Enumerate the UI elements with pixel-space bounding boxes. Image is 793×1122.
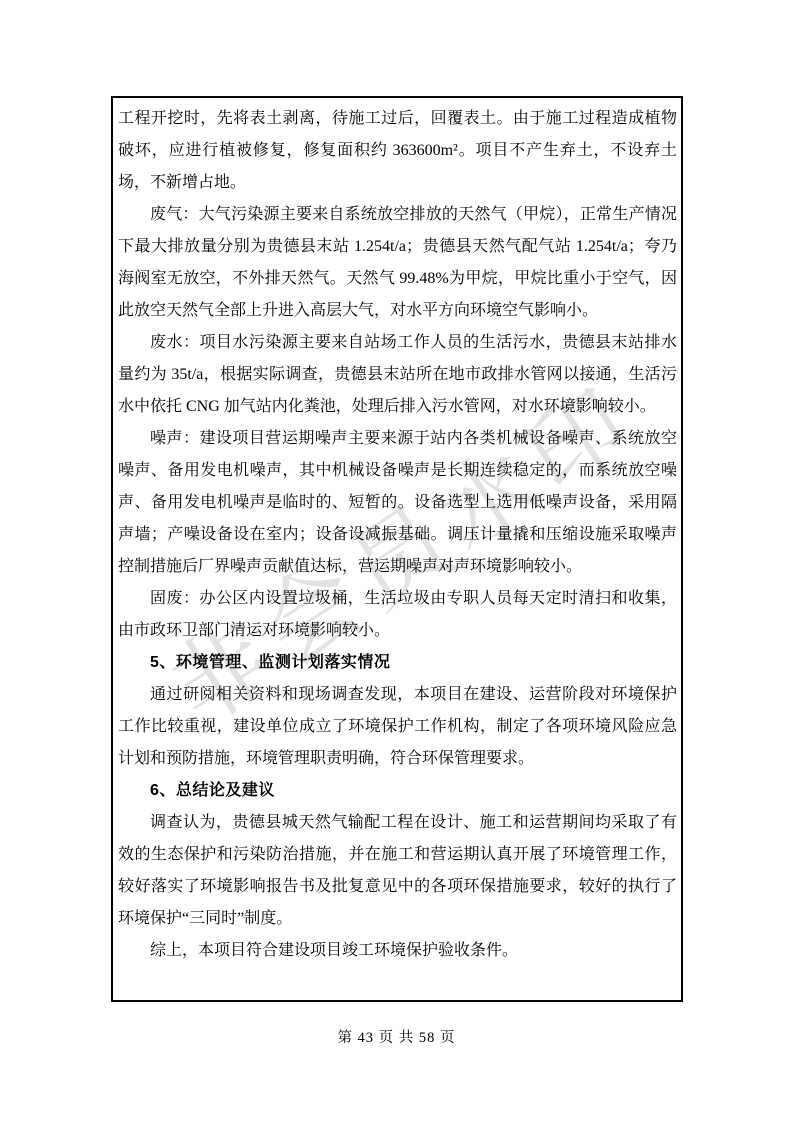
page-number-footer: 第 43 页 共 58 页 [0,1026,793,1047]
report-body: 工程开挖时，先将表土剥离，待施工过后，回覆表土。由于施工过程造成植物破坏，应进行… [118,103,677,967]
paragraph: 废水：项目水污染源主要来自站场工作人员的生活污水，贵德县末站排水量约为 35t/… [118,327,677,423]
report-cell-border: 工程开挖时，先将表土剥离，待施工过后，回覆表土。由于施工过程造成植物破坏，应进行… [111,96,683,1002]
paragraph: 调查认为，贵德县城天然气输配工程在设计、施工和运营期间均采取了有效的生态保护和污… [118,807,677,935]
paragraph: 废气：大气污染源主要来自系统放空排放的天然气（甲烷），正常生产情况下最大排放量分… [118,199,677,327]
document-page: 非会员水印 工程开挖时，先将表土剥离，待施工过后，回覆表土。由于施工过程造成植物… [0,0,793,1122]
section-heading: 6、总结论及建议 [118,775,677,807]
paragraph: 工程开挖时，先将表土剥离，待施工过后，回覆表土。由于施工过程造成植物破坏，应进行… [118,103,677,199]
paragraph: 通过研阅相关资料和现场调查发现，本项目在建设、运营阶段对环境保护工作比较重视，建… [118,679,677,775]
paragraph: 综上，本项目符合建设项目竣工环境保护验收条件。 [118,935,677,967]
paragraph: 固废：办公区内设置垃圾桶，生活垃圾由专职人员每天定时清扫和收集，由市政环卫部门清… [118,583,677,647]
section-heading: 5、环境管理、监测计划落实情况 [118,647,677,679]
paragraph: 噪声：建设项目营运期噪声主要来源于站内各类机械设备噪声、系统放空噪声、备用发电机… [118,423,677,583]
